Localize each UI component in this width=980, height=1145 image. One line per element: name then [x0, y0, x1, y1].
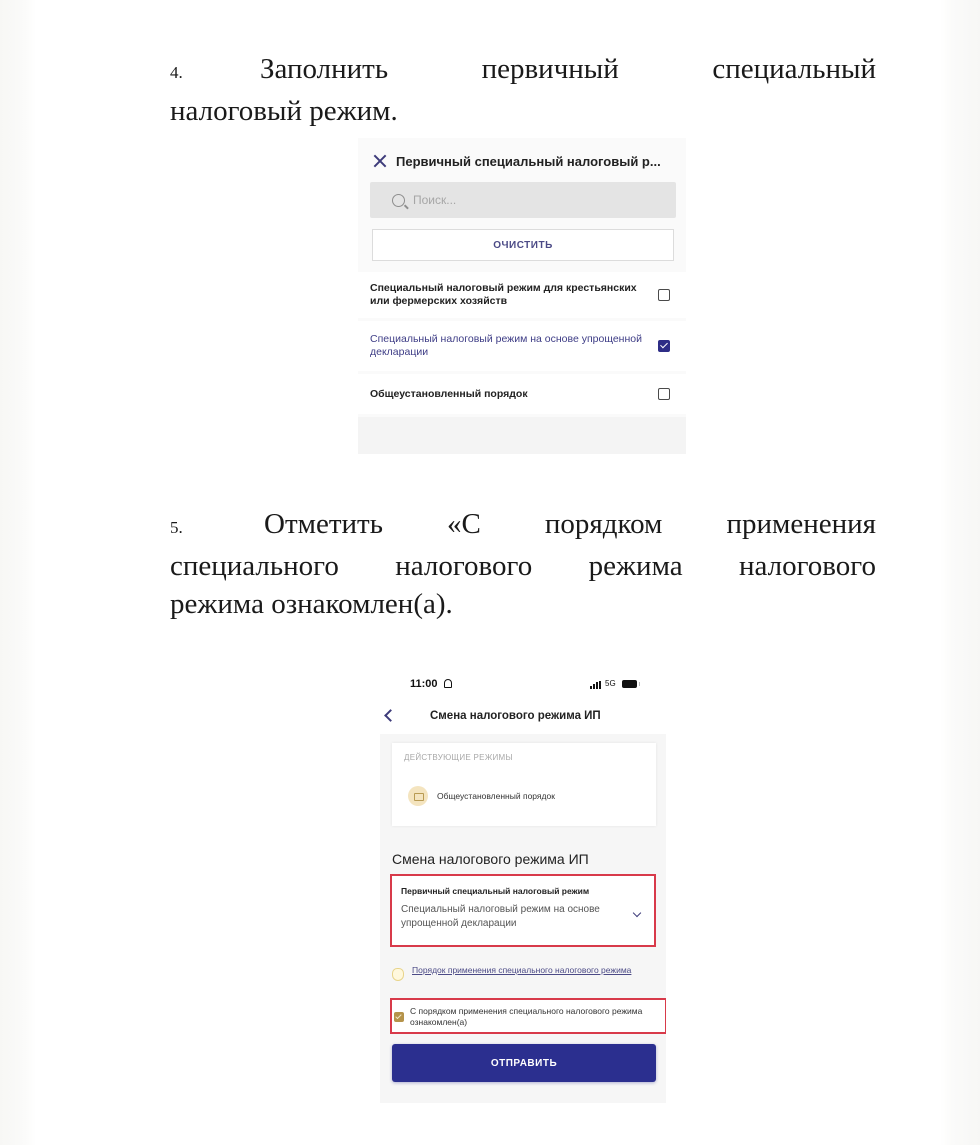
- step-5-instruction: 5.Отметить «С порядком применения специа…: [170, 505, 876, 623]
- info-row: Порядок применения специального налогово…: [390, 964, 656, 990]
- step-5-lead: 5.Отметить: [170, 505, 383, 547]
- checkbox[interactable]: [658, 289, 670, 301]
- agreement-checkbox[interactable]: [394, 1012, 404, 1022]
- current-regimes-card: ДЕЙСТВУЮЩИЕ РЕЖИМЫ Общеустановленный пор…: [392, 743, 656, 826]
- list-item[interactable]: Специальный налоговый режим на основе уп…: [358, 321, 686, 371]
- submit-button[interactable]: ОТПРАВИТЬ: [392, 1044, 656, 1082]
- step-word: режима: [589, 547, 683, 585]
- step-word: порядком: [545, 505, 663, 547]
- step-5-line-2: специального налогового режима налоговог…: [170, 547, 876, 585]
- agreement-checkbox-row[interactable]: С порядком применения специального налог…: [390, 998, 666, 1034]
- option-label: Специальный налоговый режим на основе уп…: [370, 333, 658, 359]
- step-word: налогового: [395, 547, 532, 585]
- search-input[interactable]: [413, 193, 613, 207]
- regime-rules-link[interactable]: Порядок применения специального налогово…: [412, 965, 652, 976]
- option-label: Общеустановленный порядок: [370, 388, 658, 401]
- shield-icon: [392, 968, 404, 981]
- list-item[interactable]: Общеустановленный порядок: [358, 374, 686, 414]
- step-word: специального: [170, 547, 339, 585]
- picker-header: Первичный специальный налоговый р...: [372, 150, 678, 172]
- step-5-line-1: 5.Отметить «С порядком применения: [170, 505, 876, 547]
- current-regime-name: Общеустановленный порядок: [437, 791, 555, 801]
- section-title: Смена налогового режима ИП: [392, 851, 589, 867]
- step-4-line-1: 4.Заполнить первичный специальный: [170, 50, 876, 92]
- step-number: 5.: [170, 509, 232, 547]
- step-word: Заполнить: [260, 53, 388, 85]
- step-word: «С: [447, 505, 481, 547]
- nav-title: Смена налогового режима ИП: [430, 710, 601, 722]
- page-margin-left: [0, 0, 36, 1145]
- step-4-instruction: 4.Заполнить первичный специальный налого…: [170, 50, 876, 130]
- briefcase-icon: [408, 786, 428, 806]
- tax-regime-form-screenshot: 11:00 5G Смена налогового режима ИП ДЕЙС…: [380, 668, 666, 1103]
- step-word: первичный: [482, 50, 619, 92]
- network-type: 5G: [605, 679, 616, 688]
- close-icon[interactable]: [372, 153, 388, 169]
- option-label: Специальный налоговый режим для крестьян…: [370, 282, 658, 308]
- search-icon: [392, 194, 405, 207]
- status-time: 11:00: [410, 678, 438, 690]
- battery-icon: [622, 680, 637, 688]
- picker-footer: [358, 417, 686, 454]
- agreement-text: С порядком применения специального налог…: [410, 1006, 650, 1028]
- checkbox-checked[interactable]: [658, 340, 670, 352]
- regime-picker-screenshot: Первичный специальный налоговый р... ОЧИ…: [358, 138, 686, 454]
- select-value: Специальный налоговый режим на основе уп…: [401, 903, 611, 931]
- step-word: специальный: [712, 50, 876, 92]
- top-bar: 11:00 5G Смена налогового режима ИП: [380, 668, 666, 734]
- primary-regime-select[interactable]: Первичный специальный налоговый режим Сп…: [390, 874, 656, 947]
- step-word: Отметить: [264, 508, 383, 540]
- list-item[interactable]: Специальный налоговый режим для крестьян…: [358, 272, 686, 318]
- picker-title: Первичный специальный налоговый р...: [396, 154, 661, 169]
- step-4-lead: 4.Заполнить: [170, 50, 388, 92]
- step-4-line-2: налоговый режим.: [170, 92, 876, 130]
- chevron-down-icon[interactable]: [633, 909, 641, 917]
- bell-icon: [444, 679, 452, 688]
- clear-button[interactable]: ОЧИСТИТЬ: [372, 229, 674, 261]
- step-number: 4.: [170, 54, 232, 92]
- current-regimes-title: ДЕЙСТВУЮЩИЕ РЕЖИМЫ: [404, 753, 513, 762]
- signal-icon: [590, 681, 601, 689]
- select-label: Первичный специальный налоговый режим: [401, 886, 589, 896]
- step-5-line-3: режима ознакомлен(а).: [170, 585, 876, 623]
- checkbox[interactable]: [658, 388, 670, 400]
- back-icon[interactable]: [384, 709, 397, 722]
- step-word: налогового: [739, 547, 876, 585]
- page-margin-right: [940, 0, 980, 1145]
- step-word: применения: [726, 505, 876, 547]
- search-field[interactable]: [370, 182, 676, 218]
